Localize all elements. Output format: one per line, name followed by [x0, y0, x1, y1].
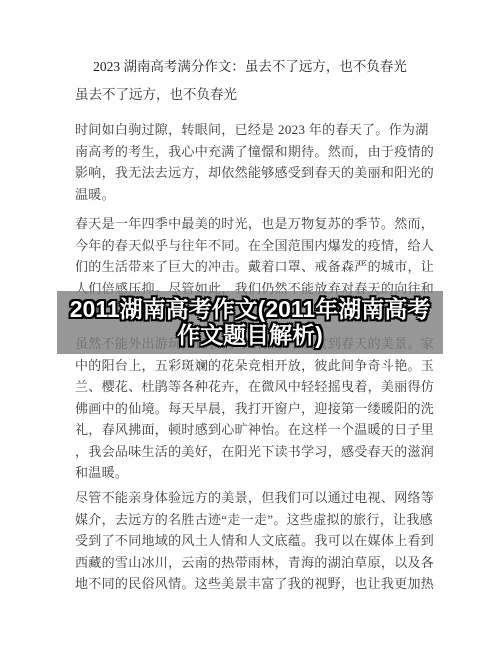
- document-title: 2023 湖南高考满分作文：虽去不了远方，也不负春光: [0, 56, 500, 78]
- paragraph-1: 时间如白驹过隙，转眼间，已经是 2023 年的春天了。作为湖南高考的考生，我心中…: [75, 119, 434, 205]
- document-subtitle: 虽去不了远方，也不负春光: [75, 84, 237, 106]
- document-page: 2023 湖南高考满分作文：虽去不了远方，也不负春光 虽去不了远方，也不负春光 …: [0, 0, 500, 647]
- watermark-title: 2011湖南高考作文(2011年湖南高考作文题目解析): [57, 296, 443, 348]
- paragraph-3: 虽然不能外出游玩，但我们可以在家中欣赏到春天的美景。家中的阳台上，五彩斑斓的花朵…: [75, 333, 434, 484]
- watermark-overlay-band: 2011湖南高考作文(2011年湖南高考作文题目解析): [57, 291, 443, 354]
- paragraph-4: 尽管不能亲身体验远方的美景，但我们可以通过电视、网络等媒介，去远方的名胜古迹“走…: [75, 487, 434, 595]
